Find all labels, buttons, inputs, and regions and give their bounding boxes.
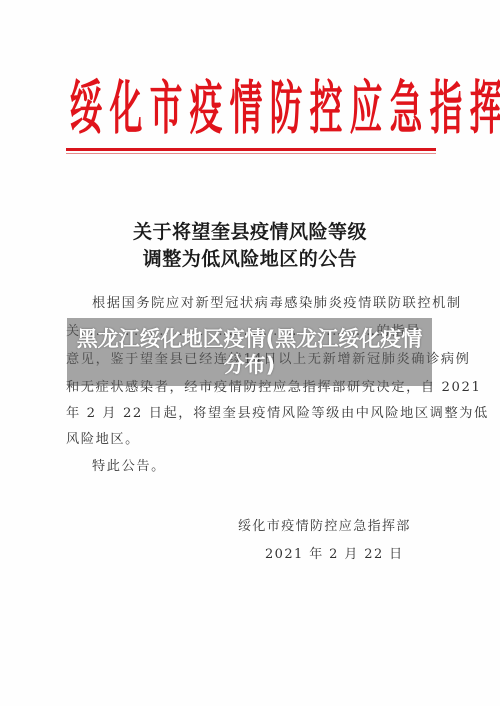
issuer-header: 绥 化 市 疫 情 防 控 应 急 指 挥 部 <box>66 78 430 140</box>
issuer-header-char: 疫 <box>190 64 223 154</box>
document-title-line-1: 关于将望奎县疫情风险等级 <box>0 217 500 244</box>
signature-date: 2021 年 2 月 22 日 <box>265 543 404 562</box>
caption-overlay-text: 黑龙江绥化地区疫情(黑龙江绥化疫情分布) <box>67 326 432 378</box>
issuer-header-char: 指 <box>430 64 463 154</box>
signature-organization: 绥化市疫情防控应急指挥部 <box>238 515 411 534</box>
issuer-header-char: 绥 <box>70 64 103 154</box>
document-page: 绥 化 市 疫 情 防 控 应 急 指 挥 部 关于将望奎县疫情风险等级 调整为… <box>0 0 500 706</box>
issuer-header-char: 防 <box>270 64 303 154</box>
issuer-header-char: 挥 <box>470 64 500 154</box>
issuer-header-char: 应 <box>350 64 383 154</box>
issuer-header-char: 情 <box>230 64 263 154</box>
header-divider-thick <box>66 148 436 151</box>
document-title-line-2: 调整为低风险地区的公告 <box>0 244 500 271</box>
body-paragraph-line: 风险地区。 <box>66 428 436 447</box>
header-divider-thin <box>66 153 436 154</box>
closing-statement: 特此公告。 <box>92 455 462 474</box>
issuer-header-char: 市 <box>150 64 183 154</box>
caption-overlay-banner: 黑龙江绥化地区疫情(黑龙江绥化疫情分布) <box>67 318 432 386</box>
body-paragraph-line: 年 2 月 22 日起，将望奎县疫情风险等级由中风险地区调整为低 <box>66 402 436 421</box>
issuer-header-char: 急 <box>390 64 423 154</box>
issuer-header-char: 控 <box>310 64 343 154</box>
body-paragraph-line: 根据国务院应对新型冠状病毒感染肺炎疫情联防联控机制 <box>92 292 462 311</box>
issuer-header-char: 化 <box>110 64 143 154</box>
